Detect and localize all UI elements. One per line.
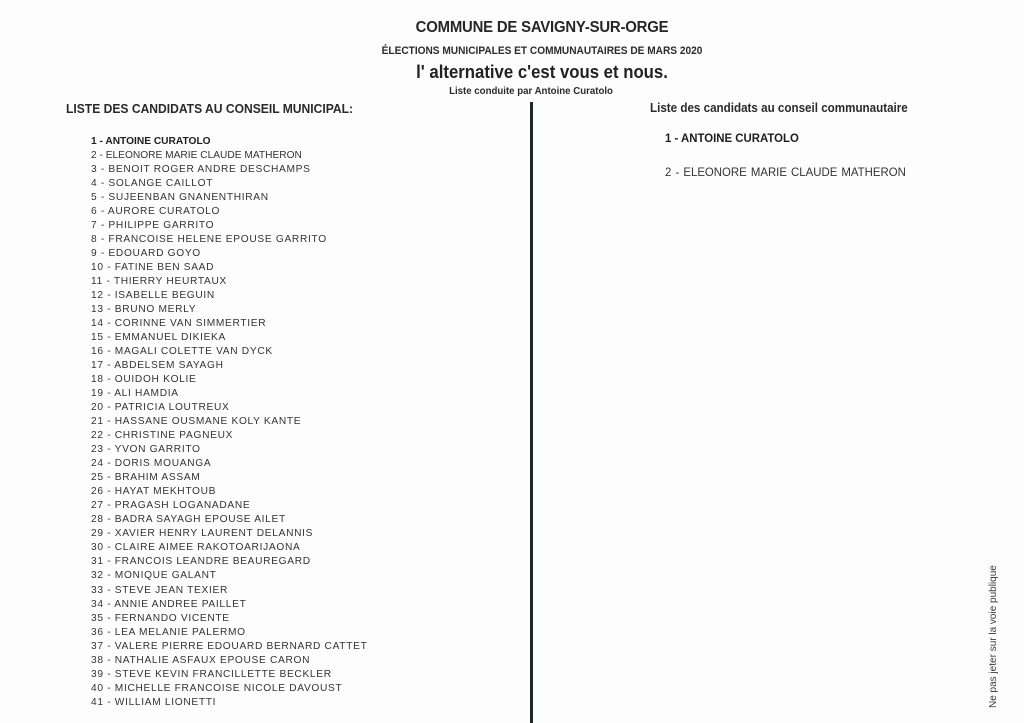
candidate-row: 31 - FRANCOIS LEANDRE BEAUREGARD — [91, 554, 367, 568]
candidate-row: 35 - FERNANDO VICENTE — [91, 611, 367, 625]
candidate-row: 27 - PRAGASH LOGANADANE — [91, 498, 367, 512]
candidate-row: 3 - BENOIT ROGER ANDRE DESCHAMPS — [91, 162, 367, 176]
candidate-row: 21 - HASSANE OUSMANE KOLY KANTE — [91, 414, 367, 428]
candidate-row: 12 - ISABELLE BEGUIN — [91, 288, 367, 302]
litter-notice: Ne pas jeter sur la voie publique — [988, 565, 999, 708]
candidate-row: 2 - ELEONORE MARIE CLAUDE MATHERON — [665, 165, 906, 179]
candidate-row: 29 - XAVIER HENRY LAURENT DELANNIS — [91, 526, 367, 540]
candidate-row: 6 - AURORE CURATOLO — [91, 204, 367, 218]
candidate-row: 23 - YVON GARRITO — [91, 442, 367, 456]
candidate-row: 1 - ANTOINE CURATOLO — [91, 134, 367, 148]
candidate-row: 9 - EDOUARD GOYO — [91, 246, 367, 260]
candidate-row: 16 - MAGALI COLETTE VAN DYCK — [91, 344, 367, 358]
candidate-row: 1 - ANTOINE CURATOLO — [665, 131, 906, 165]
list-slogan: l' alternative c'est vous et nous. — [66, 62, 1018, 83]
candidate-row: 19 - ALI HAMDIA — [91, 386, 367, 400]
municipal-candidate-list: 1 - ANTOINE CURATOLO2 - ELEONORE MARIE C… — [91, 134, 376, 709]
candidate-row: 8 - FRANCOISE HELENE EPOUSE GARRITO — [91, 232, 367, 246]
column-divider — [530, 102, 533, 723]
candidate-row: 40 - MICHELLE FRANCOISE NICOLE DAVOUST — [91, 681, 367, 695]
communautaire-list-heading: Liste des candidats au conseil communaut… — [650, 101, 908, 115]
candidate-row: 36 - LEA MELANIE PALERMO — [91, 625, 367, 639]
candidate-row: 5 - SUJEENBAN GNANENTHIRAN — [91, 190, 367, 204]
candidate-row: 32 - MONIQUE GALANT — [91, 568, 367, 582]
candidate-row: 37 - VALERE PIERRE EDOUARD BERNARD CATTE… — [91, 639, 367, 653]
municipal-list-heading: LISTE DES CANDIDATS AU CONSEIL MUNICIPAL… — [66, 101, 353, 116]
list-leader-line: Liste conduite par Antoine Curatolo — [60, 85, 1002, 97]
candidate-row: 41 - WILLIAM LIONETTI — [91, 695, 367, 709]
candidate-row: 20 - PATRICIA LOUTREUX — [91, 400, 367, 414]
candidate-row: 13 - BRUNO MERLY — [91, 302, 367, 316]
candidate-row: 22 - CHRISTINE PAGNEUX — [91, 428, 367, 442]
candidate-row: 28 - BADRA SAYAGH EPOUSE AILET — [91, 512, 367, 526]
candidate-row: 33 - STEVE JEAN TEXIER — [91, 583, 367, 597]
candidate-row: 34 - ANNIE ANDREE PAILLET — [91, 597, 367, 611]
candidate-row: 30 - CLAIRE AIMEE RAKOTOARIJAONA — [91, 540, 367, 554]
candidate-row: 38 - NATHALIE ASFAUX EPOUSE CARON — [91, 653, 367, 667]
candidate-row: 39 - STEVE KEVIN FRANCILLETTE BECKLER — [91, 667, 367, 681]
candidate-row: 11 - THIERRY HEURTAUX — [91, 274, 367, 288]
commune-title: COMMUNE DE SAVIGNY-SUR-ORGE — [66, 19, 1018, 37]
candidate-row: 14 - CORINNE VAN SIMMERTIER — [91, 316, 367, 330]
candidate-row: 15 - EMMANUEL DIKIEKA — [91, 330, 367, 344]
communautaire-candidate-list: 1 - ANTOINE CURATOLO2 - ELEONORE MARIE C… — [665, 131, 918, 179]
candidate-row: 17 - ABDELSEM SAYAGH — [91, 358, 367, 372]
candidate-row: 4 - SOLANGE CAILLOT — [91, 176, 367, 190]
candidate-row: 18 - OUIDOH KOLIE — [91, 372, 367, 386]
candidate-row: 26 - HAYAT MEKHTOUB — [91, 484, 367, 498]
candidate-row: 24 - DORIS MOUANGA — [91, 456, 367, 470]
candidate-row: 10 - FATINE BEN SAAD — [91, 260, 367, 274]
election-subtitle: ÉLECTIONS MUNICIPALES ET COMMUNAUTAIRES … — [71, 45, 1013, 57]
candidate-row: 7 - PHILIPPE GARRITO — [91, 218, 367, 232]
candidate-row: 25 - BRAHIM ASSAM — [91, 470, 367, 484]
candidate-row: 2 - ELEONORE MARIE CLAUDE MATHERON — [91, 148, 367, 162]
